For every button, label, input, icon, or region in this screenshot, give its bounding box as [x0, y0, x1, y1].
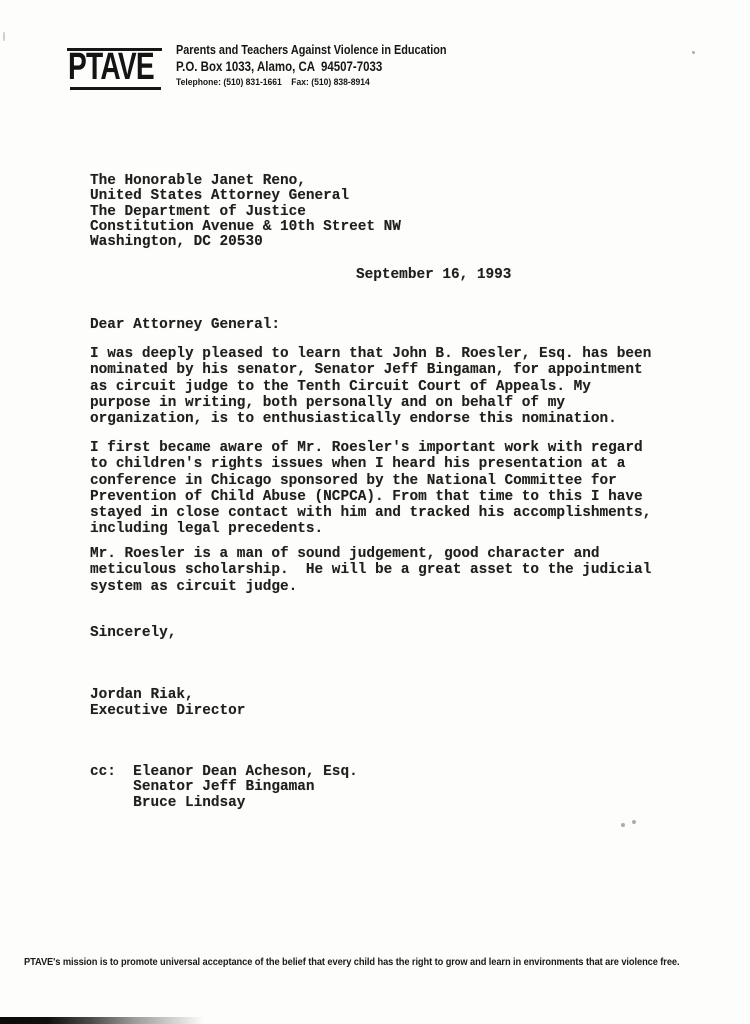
salutation: Dear Attorney General: [90, 317, 280, 333]
org-address: P.O. Box 1033, Alamo, CA 94507-7033 [176, 59, 382, 74]
closing: Sincerely, [90, 625, 176, 641]
signature-block: Jordan Riak, Executive Director [90, 687, 245, 720]
scan-speck [3, 32, 5, 41]
scan-speck [632, 820, 636, 824]
mission-statement: PTAVE's mission is to promote universal … [24, 956, 679, 968]
org-phone-fax: Telephone: (510) 831-1661 Fax: (510) 838… [176, 77, 370, 88]
paragraph-2: I first became aware of Mr. Roesler's im… [90, 440, 651, 538]
recipient-address: The Honorable Janet Reno, United States … [90, 174, 401, 250]
letter-date: September 16, 1993 [356, 267, 511, 283]
cc-list: cc: Eleanor Dean Acheson, Esq. Senator J… [90, 765, 358, 811]
scan-edge-bar [0, 1017, 215, 1024]
scan-speck [621, 823, 625, 827]
paragraph-1: I was deeply pleased to learn that John … [90, 346, 651, 427]
paragraph-3: Mr. Roesler is a man of sound judgement,… [90, 546, 651, 595]
scanned-letter-page: PTAVE Parents and Teachers Against Viole… [0, 0, 750, 1024]
ptave-logo: PTAVE [68, 50, 154, 84]
scan-speck [692, 51, 695, 54]
logo-bottom-rule [70, 87, 161, 90]
org-name: Parents and Teachers Against Violence in… [176, 43, 447, 57]
